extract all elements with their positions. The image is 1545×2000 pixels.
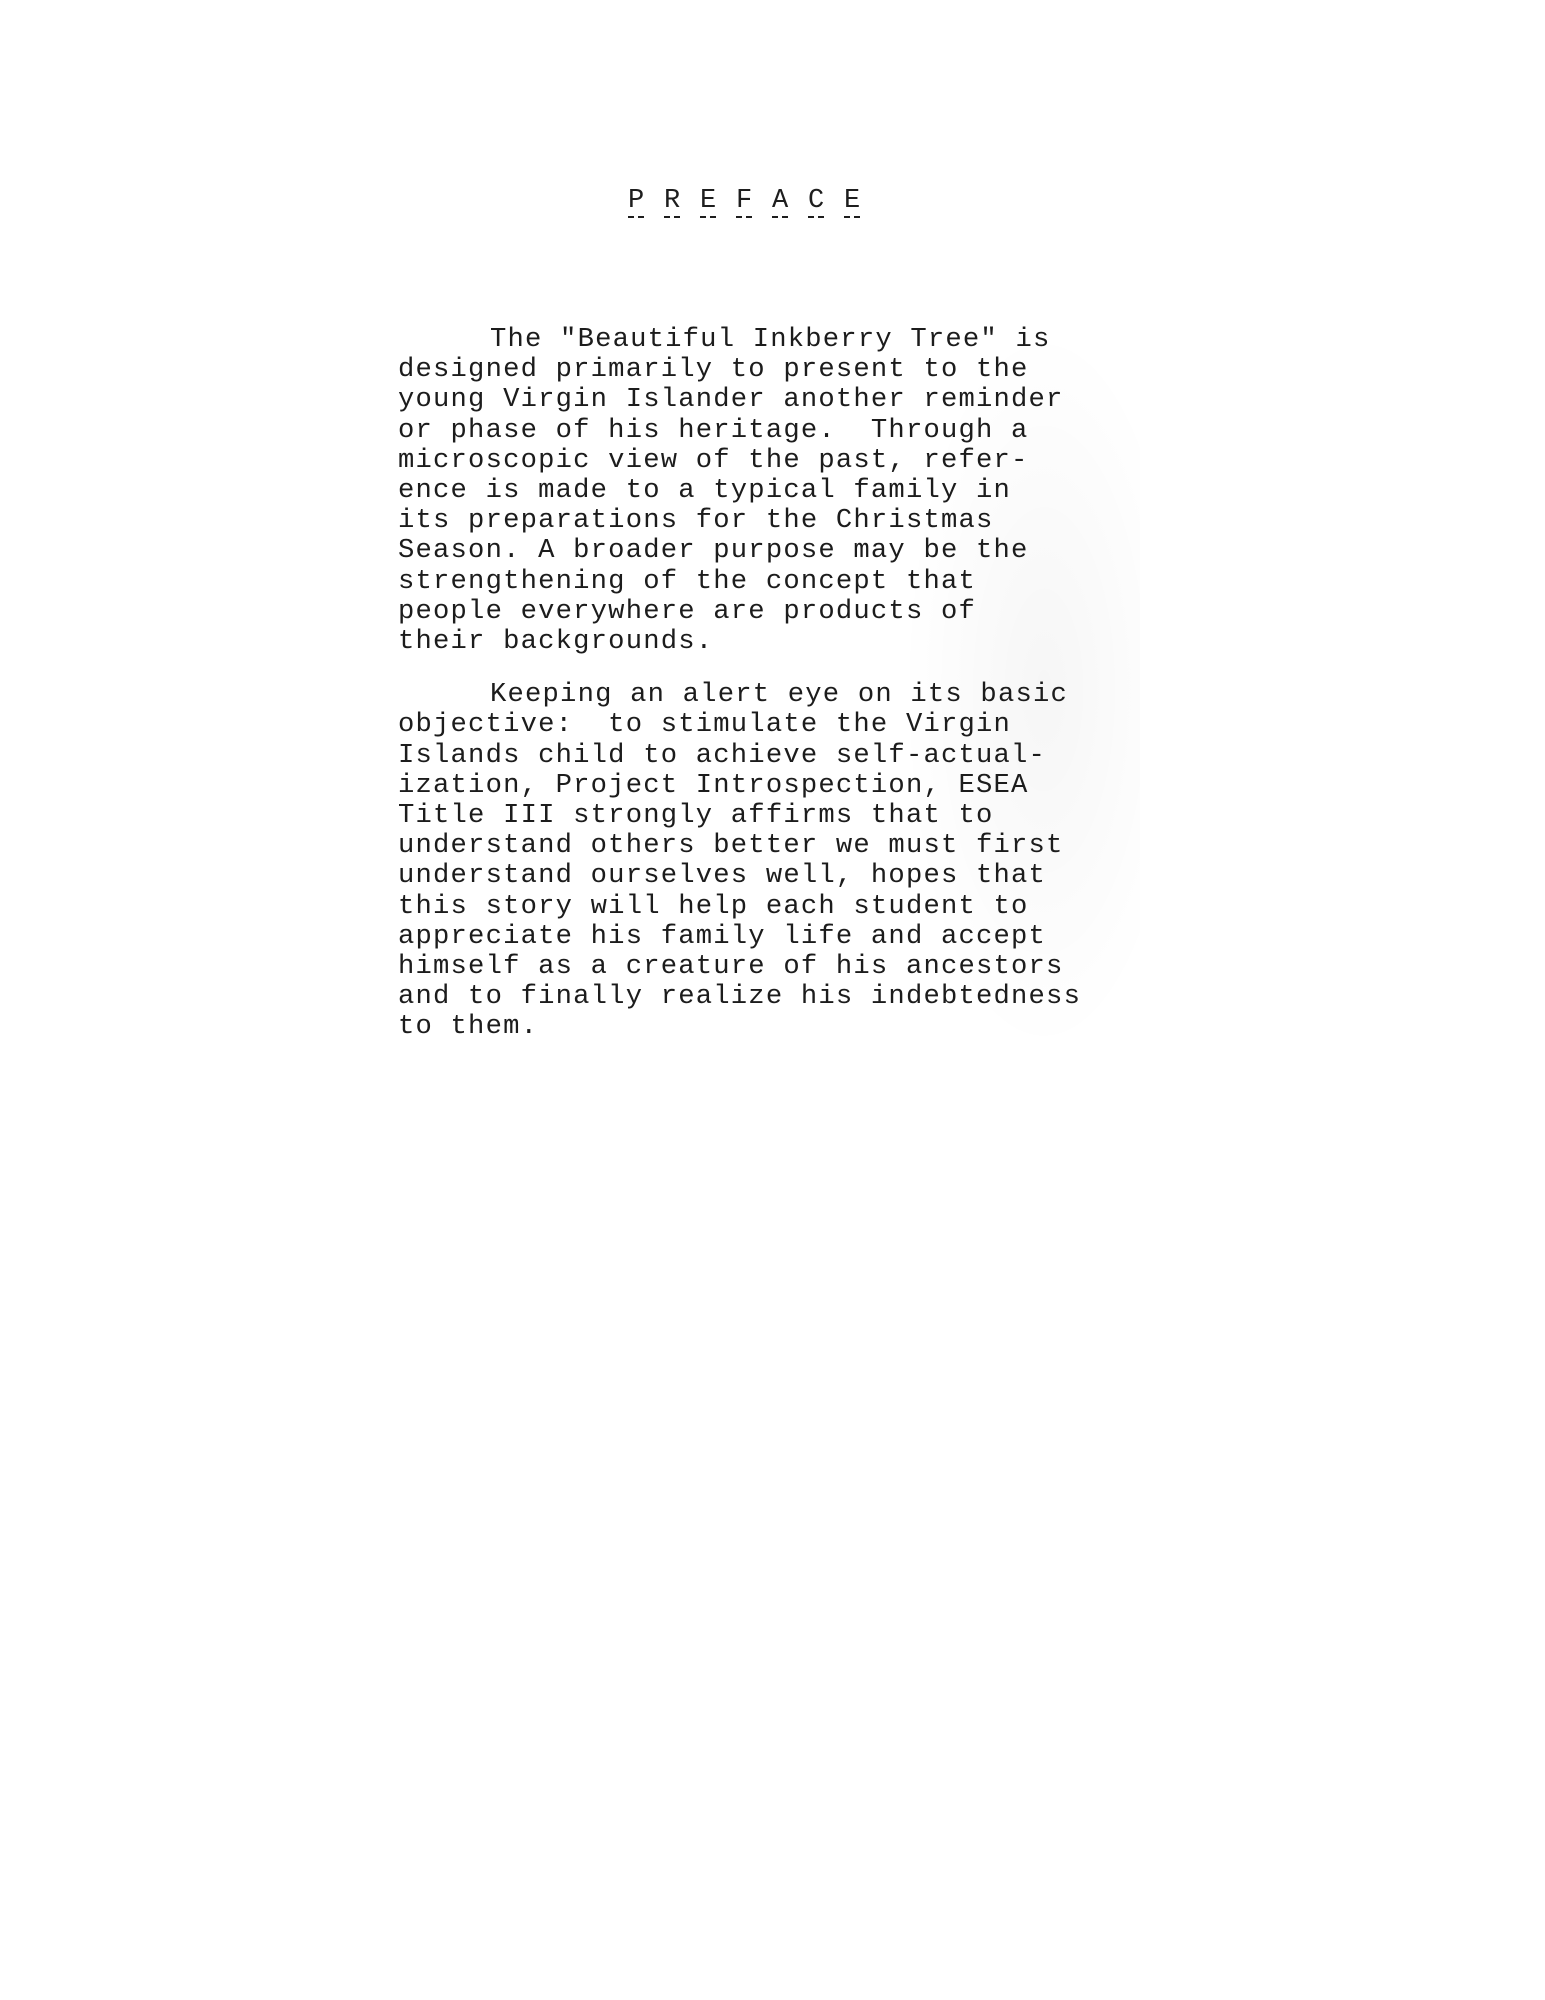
text-line: Keeping an alert eye on its basic xyxy=(398,680,1158,710)
page-title: P R E F A C E xyxy=(628,186,880,216)
text-line: The "Beautiful Inkberry Tree" is xyxy=(398,325,1158,355)
text-line: appreciate his family life and accept xyxy=(398,922,1158,952)
text-line: and to finally realize his indebtedness xyxy=(398,982,1158,1012)
text-line: himself as a creature of his ancestors xyxy=(398,952,1158,982)
document-page: P R E F A C E The "Beautiful Inkberry Tr… xyxy=(0,0,1545,2000)
text-line: young Virgin Islander another reminder xyxy=(398,385,1158,415)
text-line: strengthening of the concept that xyxy=(398,567,1158,597)
text-line: Title III strongly affirms that to xyxy=(398,801,1158,831)
title-letter: E xyxy=(844,186,880,216)
preface-body: The "Beautiful Inkberry Tree" is designe… xyxy=(398,325,1158,1043)
paragraph-2: Keeping an alert eye on its basic object… xyxy=(398,680,1158,1042)
text-line: Season. A broader purpose may be the xyxy=(398,536,1158,566)
text-line: people everywhere are products of xyxy=(398,597,1158,627)
text-line: designed primarily to present to the xyxy=(398,355,1158,385)
paragraph-1: The "Beautiful Inkberry Tree" is designe… xyxy=(398,325,1158,657)
text-line: ization, Project Introspection, ESEA xyxy=(398,771,1158,801)
title-letter: C xyxy=(808,186,844,216)
text-line: understand others better we must first xyxy=(398,831,1158,861)
title-letter: F xyxy=(736,186,772,216)
text-line: to them. xyxy=(398,1012,1158,1042)
title-letter: E xyxy=(700,186,736,216)
text-line: Islands child to achieve self-actual- xyxy=(398,741,1158,771)
text-line: this story will help each student to xyxy=(398,892,1158,922)
text-line: microscopic view of the past, refer- xyxy=(398,446,1158,476)
title-letter: A xyxy=(772,186,808,216)
text-line: understand ourselves well, hopes that xyxy=(398,861,1158,891)
title-letter: R xyxy=(664,186,700,216)
text-line: their backgrounds. xyxy=(398,627,1158,657)
text-line: objective: to stimulate the Virgin xyxy=(398,710,1158,740)
title-letter: P xyxy=(628,186,664,216)
text-line: or phase of his heritage. Through a xyxy=(398,416,1158,446)
text-line: ence is made to a typical family in xyxy=(398,476,1158,506)
text-line: its preparations for the Christmas xyxy=(398,506,1158,536)
